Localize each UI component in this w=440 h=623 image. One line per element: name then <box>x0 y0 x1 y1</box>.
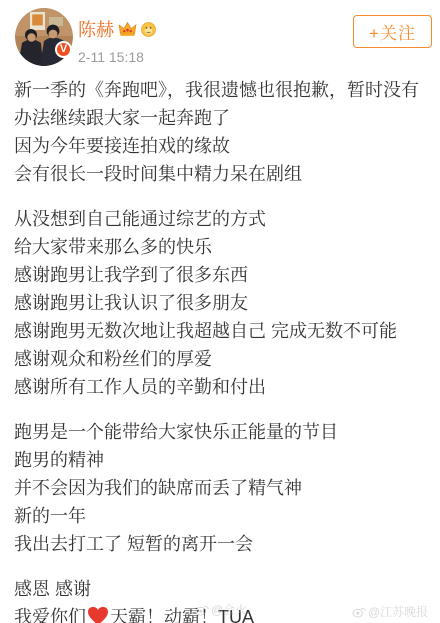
post-line: 因为今年要接连拍戏的缘故 <box>14 132 428 160</box>
verified-badge-icon: V <box>55 41 72 58</box>
watermark-label: @江苏晚报 <box>368 603 428 620</box>
user-block: 陈赫 <box>78 16 156 65</box>
post-line: 新的一年 <box>14 502 428 530</box>
post-line: 感谢跑男让我学到了很多东西 <box>14 261 428 289</box>
post-line: 我出去打工了 短暂的离开一会 <box>14 530 428 558</box>
post-content: 新一季的《奔跑吧》，我很遗憾也很抱歉，暂时没有办法继续跟大家一起奔跑了因为今年要… <box>0 66 440 623</box>
post-line: 并不会因为我们的缺席而丢了精气神 <box>14 474 428 502</box>
weibo-logo-icon <box>195 604 209 616</box>
post-paragraph: 新一季的《奔跑吧》，我很遗憾也很抱歉，暂时没有办法继续跟大家一起奔跑了因为今年要… <box>14 76 428 188</box>
member-badge-icon[interactable] <box>141 22 156 37</box>
post-line: 从没想到自己能通过综艺的方式 <box>14 205 428 233</box>
post-line: 感恩 感谢 <box>14 575 428 603</box>
post-line: 感谢跑男无数次地让我超越自己 完成无数不可能 <box>14 317 428 345</box>
weibo-logo-icon <box>352 606 366 618</box>
post-paragraph: 从没想到自己能通过综艺的方式给大家带来那么多的快乐感谢跑男让我学到了很多东西感谢… <box>14 205 428 401</box>
post-line: 办法继续跟大家一起奔跑了 <box>14 104 428 132</box>
follow-button[interactable]: +关注 <box>353 15 432 48</box>
timestamp: 2-11 15:18 <box>78 49 156 65</box>
watermark-label: @会火 <box>211 601 247 618</box>
post-line: 给大家带来那么多的快乐 <box>14 233 428 261</box>
post-line: 感谢所有工作人员的辛勤和付出 <box>14 373 428 401</box>
post-paragraph: 跑男是一个能带给大家快乐正能量的节目跑男的精神并不会因为我们的缺席而丢了精气神新… <box>14 418 428 558</box>
vip-crown-icon[interactable] <box>118 21 137 37</box>
post-line: 新一季的《奔跑吧》，我很遗憾也很抱歉，暂时没有 <box>14 76 428 104</box>
username[interactable]: 陈赫 <box>78 16 114 42</box>
weibo-post: V 陈赫 <box>0 0 440 623</box>
post-header: V 陈赫 <box>0 0 440 66</box>
heart-icon <box>87 606 109 623</box>
post-line: 感谢观众和粉丝们的厚爱 <box>14 345 428 373</box>
watermark-left: @会火 <box>195 601 247 618</box>
post-line: 感谢跑男让我认识了很多朋友 <box>14 289 428 317</box>
watermark-right: @江苏晚报 <box>352 603 428 620</box>
avatar[interactable]: V <box>15 8 73 66</box>
post-line: 会有很长一段时间集中精力呆在剧组 <box>14 160 428 188</box>
post-line: 跑男是一个能带给大家快乐正能量的节目 <box>14 418 428 446</box>
post-line: 跑男的精神 <box>14 446 428 474</box>
